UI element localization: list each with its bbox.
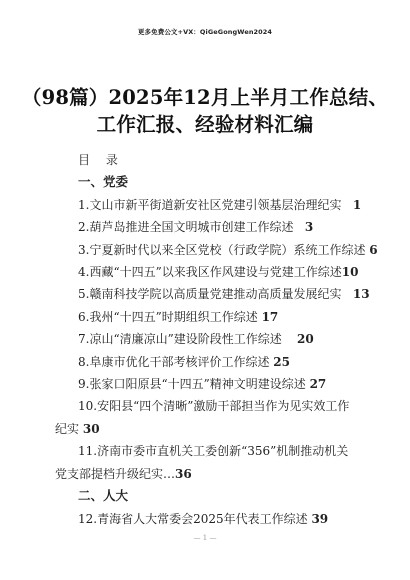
page-number: — 1 —: [0, 534, 410, 542]
toc-heading: 目 录: [55, 149, 355, 171]
toc-item-page: 17: [262, 310, 279, 324]
toc-item[interactable]: 5.赣南科技学院以高质量党建推动高质量发展纪实 13: [55, 283, 355, 305]
toc-item-page: 20: [297, 332, 314, 346]
toc-item-title: 9.张家口阳原县“十四五”精神文明建设综述: [78, 377, 306, 391]
toc-item-page: 13: [353, 287, 370, 301]
toc-item-page: 3: [305, 220, 313, 234]
toc-section-npc: 二、人大: [55, 485, 355, 507]
toc-item-page: 36: [175, 467, 192, 481]
toc-item-page: 1: [353, 198, 361, 212]
toc-item[interactable]: 4.西藏“十四五”以来我区作风建设与党建工作综述10: [55, 261, 355, 283]
table-of-contents: 目 录 一、党委 1.文山市新平街道新安社区党建引领基层治理纪实 1 2.葫芦岛…: [55, 149, 355, 530]
document-title-line-2: 工作汇报、经验材料汇编: [20, 111, 390, 138]
toc-item-title: 7.凉山“清廉凉山”建设阶段性工作综述: [78, 332, 282, 346]
toc-section-party-committee: 一、党委: [55, 171, 355, 193]
toc-item[interactable]: 10.安阳县“四个清晰”激励干部担当作为见实效工作纪实 30: [55, 395, 352, 440]
toc-item-title: 12.青海省人大常委会2025年代表工作综述: [78, 512, 308, 526]
toc-item[interactable]: 1.文山市新平街道新安社区党建引领基层治理纪实 1: [55, 194, 355, 216]
toc-item-title: 1.文山市新平街道新安社区党建引领基层治理纪实: [78, 198, 341, 212]
toc-item[interactable]: 8.阜康市优化干部考核评价工作综述 25: [55, 351, 355, 373]
toc-item-title: 2.葫芦岛推进全国文明城市创建工作综述: [78, 220, 293, 234]
header-promo-note: 更多免费公文+VX：QiGeGongWen2024: [0, 27, 410, 36]
toc-item-title: 3.宁夏新时代以来全区党校（行政学院）系统工作综述: [78, 243, 365, 257]
toc-item-title: 6.我州“十四五”时期组织工作综述: [78, 310, 258, 324]
toc-item[interactable]: 12.青海省人大常委会2025年代表工作综述 39: [55, 508, 355, 530]
toc-item-title: 11.济南市委市直机关工委创新“356”机制推动机关党支部提档升级纪实…: [55, 444, 348, 480]
toc-item-page: 30: [83, 422, 100, 436]
toc-item-page: 6: [369, 243, 377, 257]
toc-item-title: 8.阜康市优化干部考核评价工作综述: [78, 355, 269, 369]
toc-item-title: 4.西藏“十四五”以来我区作风建设与党建工作综述: [78, 265, 342, 279]
toc-item[interactable]: 3.宁夏新时代以来全区党校（行政学院）系统工作综述 6: [55, 239, 355, 261]
document-title-line-1: （98篇）2025年12月上半月工作总结、: [20, 84, 390, 111]
toc-item-page: 39: [311, 512, 328, 526]
toc-item[interactable]: 2.葫芦岛推进全国文明城市创建工作综述 3: [55, 216, 355, 238]
toc-item-page: 10: [342, 265, 359, 279]
toc-item[interactable]: 11.济南市委市直机关工委创新“356”机制推动机关党支部提档升级纪实…36: [55, 440, 352, 485]
toc-item[interactable]: 9.张家口阳原县“十四五”精神文明建设综述 27: [55, 373, 355, 395]
document-title: （98篇）2025年12月上半月工作总结、 工作汇报、经验材料汇编: [20, 84, 390, 138]
toc-item-page: 25: [273, 355, 290, 369]
toc-item[interactable]: 7.凉山“清廉凉山”建设阶段性工作综述 20: [55, 328, 355, 350]
toc-item[interactable]: 6.我州“十四五”时期组织工作综述 17: [55, 306, 355, 328]
toc-item-title: 5.赣南科技学院以高质量党建推动高质量发展纪实: [78, 287, 341, 301]
toc-item-page: 27: [310, 377, 327, 391]
